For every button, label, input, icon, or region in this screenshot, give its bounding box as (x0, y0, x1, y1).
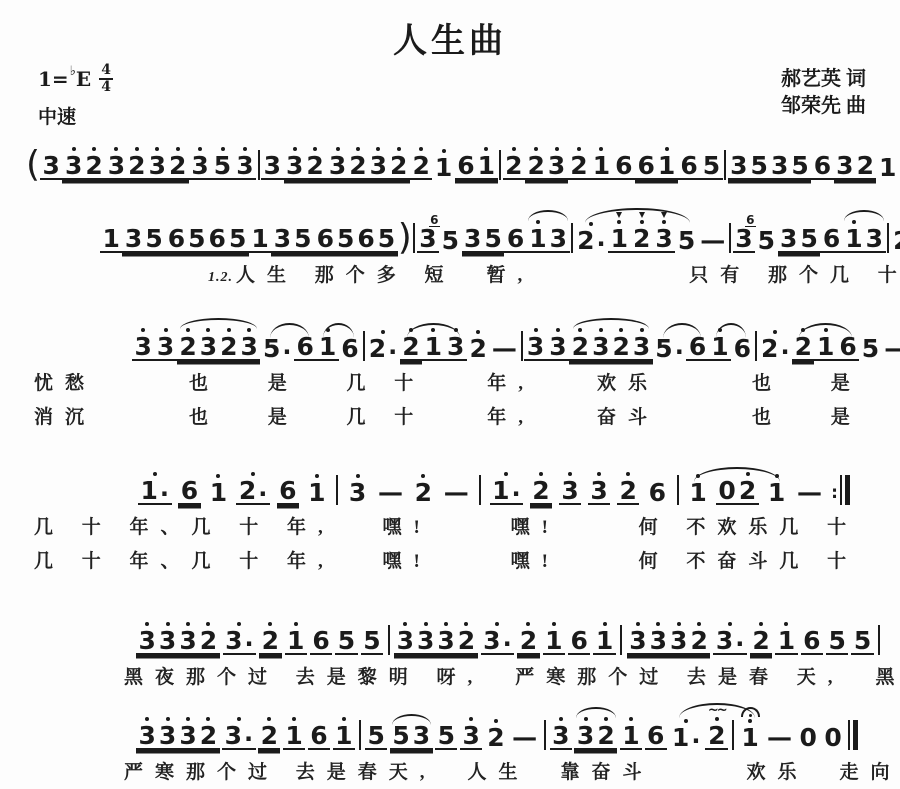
note: 1 (621, 716, 641, 748)
note-group: 5 (851, 628, 873, 655)
note: 1 (528, 219, 548, 251)
note: 1 (101, 226, 121, 251)
beam-group: 1 (249, 226, 271, 253)
note-digit: 0 (800, 725, 817, 750)
note: 3· (714, 621, 746, 653)
final-barline (847, 720, 860, 750)
beam-group: 2 (792, 327, 814, 361)
note-digit: 3 (370, 153, 387, 178)
note: 3 (560, 471, 580, 503)
note: 6 (636, 153, 656, 178)
note: 6 (569, 628, 589, 653)
note: ~~2 (706, 707, 727, 748)
beam-group: — (698, 228, 728, 253)
beam-group: 6 (308, 723, 330, 750)
note: 2· (237, 471, 269, 503)
note: 5 (749, 153, 769, 178)
note: 3 (137, 621, 157, 653)
note-group: — (698, 228, 728, 253)
note-group: — (794, 480, 824, 505)
note-group: 2 (259, 621, 281, 655)
note-digit: 3 (149, 153, 166, 178)
note-group: 3 (261, 153, 283, 180)
note-digit: 6 (279, 478, 296, 503)
note: 1 (208, 473, 228, 505)
note: 0 (798, 725, 818, 750)
beam-group: 1 (285, 621, 307, 655)
lyrics-row: 几 十 年、几 十 年, 嘿! 嘿! 何 不欢乐几 十 年。 (0, 512, 900, 539)
note-group: 5 (335, 628, 357, 655)
note-digit: — (444, 480, 469, 505)
composer-credit: 邹荣先 曲 (781, 93, 866, 120)
barline-stroke (724, 150, 726, 180)
barline (478, 475, 483, 505)
note-group: — (375, 480, 405, 505)
beam-group: 2323 (177, 327, 261, 361)
note-group: 2 (258, 716, 280, 750)
beam-group: 61 (635, 146, 678, 180)
beam-group: 02 (716, 471, 759, 505)
note-digit: 5 (337, 226, 354, 251)
note-digit: 2 (505, 153, 522, 178)
beam-group: 6 (310, 628, 332, 655)
note-group: 3332 (136, 621, 220, 655)
note: 6 (295, 334, 315, 359)
note: 2 (84, 146, 104, 178)
note: 3 (446, 327, 466, 359)
note-group: — (765, 725, 795, 750)
note: 2 (413, 473, 433, 505)
note-group: 3332 (627, 621, 711, 655)
note-group: 1· (669, 718, 703, 750)
note-digit: 1 (287, 628, 304, 653)
note-digit: 5· (263, 336, 292, 361)
note-group: 32 (574, 716, 617, 750)
beam-group: 1 (283, 716, 305, 750)
note: 2 (167, 146, 187, 178)
note: 5 (362, 628, 382, 653)
beam-group: 1 (333, 716, 355, 750)
barline-stroke (479, 475, 481, 505)
beam-group: 2 (412, 473, 434, 505)
note-group: 02 (716, 471, 759, 505)
beam-group: 2 (503, 146, 525, 180)
beam-group: 56 (755, 228, 777, 253)
grace-note: 6 (429, 214, 439, 227)
barline-stroke (677, 475, 679, 505)
beam-group: 2323 (569, 327, 653, 361)
barline-stroke (258, 150, 260, 180)
beam-group: 1· (490, 471, 524, 505)
note: 2 (737, 471, 757, 503)
note-digit: 2· (577, 228, 606, 253)
score-line: 1·612·613—2—1·233261021—:几 十 年、几 十 年, 嘿!… (0, 471, 900, 573)
note: 5 (799, 226, 819, 251)
lyrics-text: 消沉 也 是 几 十 年, 奋斗 也 是 几 十 年, (34, 407, 900, 428)
beam-group: 1 (620, 716, 642, 750)
note: 2 (468, 329, 488, 361)
note-group: 6 (308, 723, 330, 750)
notes-row: 3323235·6162·2132—3323235·6162·2165— (0, 327, 900, 361)
note-digit: 2 (402, 334, 419, 359)
note-digit: — (492, 336, 517, 361)
note: 2 (411, 146, 431, 178)
note-group: — (882, 336, 900, 361)
note: 3 (631, 327, 651, 359)
note: 1 (423, 327, 443, 359)
note-digit: 1 (845, 226, 862, 251)
note-group: 1 (738, 707, 762, 750)
note-digit: 3 (397, 628, 414, 653)
lyricist-credit: 郝艺英 词 (781, 66, 866, 93)
note: 2 (198, 621, 218, 653)
note: 3 (262, 153, 282, 178)
note-group: 6 (568, 628, 590, 655)
note-digit: 1 (711, 334, 728, 359)
note-digit: 6 (357, 226, 374, 251)
note-group: 5 (859, 336, 881, 361)
augmentation-dot-icon: · (511, 485, 520, 503)
note-digit: — (378, 480, 403, 505)
beam-group: — (489, 336, 519, 361)
lyrics-row: 忧愁 也 是 几 十 年, 欢乐 也 是 几 十 年, (0, 368, 900, 395)
note-group: 2 (617, 471, 639, 505)
note-digit: 3 (735, 226, 752, 251)
note: 2 (259, 716, 279, 748)
barline (877, 625, 882, 655)
beam-group: 1 (608, 212, 630, 253)
note: 1 (284, 716, 304, 748)
note-digit: 3· (483, 628, 512, 653)
note-digit: 3 (419, 226, 436, 251)
note: 1 (776, 621, 796, 653)
note: 1 (334, 716, 354, 748)
lyrics-row: 几 十 年、几 十 年, 嘿! 嘿! 何 不奋斗几 十 年。 (0, 546, 900, 573)
beam-group: 56 (439, 228, 461, 253)
barline (731, 720, 736, 750)
beam-group: 1 (687, 473, 709, 505)
beam-group: 2 (400, 327, 422, 361)
beam-group: 3 (40, 153, 62, 180)
note-digit: 6 (168, 226, 185, 251)
note-group: 32 (834, 153, 877, 180)
lyrics-row: 消沉 也 是 几 十 年, 奋斗 也 是 几 十 年, (0, 402, 900, 429)
beam-group: 1 (422, 327, 444, 361)
note-digit: 5 (758, 228, 775, 253)
note-group: 3 (559, 471, 581, 505)
note-group: 35 (271, 226, 314, 253)
note-digit: 5 (367, 723, 384, 748)
note: 6 (356, 226, 376, 251)
barline-stroke (620, 625, 622, 655)
note-digit: 2 (739, 478, 756, 503)
note-digit: 3 (417, 628, 434, 653)
note-digit: 6 (457, 153, 474, 178)
note-digit: 3 (771, 153, 788, 178)
note-digit: 1 (251, 226, 268, 251)
note: 1 (286, 621, 306, 653)
barline (335, 475, 340, 505)
note-digit: 3 (550, 226, 567, 251)
note: 5 (852, 628, 872, 653)
note: 3 (415, 621, 435, 653)
note-group: 2 (412, 473, 434, 505)
note-digit: — (884, 336, 900, 361)
note-group: 3 (417, 226, 439, 253)
note-digit: 3 (577, 723, 594, 748)
note: 1 (766, 473, 786, 505)
note: 5 (366, 723, 386, 748)
note: 2 (219, 327, 239, 359)
note-group: 5 (700, 153, 722, 180)
beam-group: 5 (335, 628, 357, 655)
barline (619, 625, 624, 655)
note-digit: 1 (817, 334, 834, 359)
note-group: 1· (490, 471, 524, 505)
augmentation-dot-icon: · (388, 343, 397, 361)
note-digit: — (767, 725, 792, 750)
note: 3 (147, 146, 167, 178)
note: 1 (656, 146, 676, 178)
note-group: 3 (132, 327, 154, 361)
note-group: 1 (608, 212, 630, 253)
beam-group: 6 (294, 334, 316, 361)
note: 5 (336, 628, 356, 653)
beam-group: 3· (223, 621, 257, 655)
note-group: 2 (503, 146, 525, 180)
note: 3 (368, 146, 388, 178)
note-group: 13 (843, 219, 886, 253)
note-digit: 2 (200, 723, 217, 748)
lyrics-text: 人生 那个多 短 暂, 只有 那个几 十 年, (236, 265, 900, 286)
note: 3 (178, 621, 198, 653)
note-group: 1 (432, 148, 454, 180)
note-group: 5· (260, 336, 294, 361)
note-digit: 6 (615, 153, 632, 178)
time-bottom: 4 (101, 81, 111, 93)
note-digit: 3· (716, 628, 745, 653)
note-digit: 2 (349, 153, 366, 178)
note: 3 (575, 716, 595, 748)
beam-group: 5 (675, 228, 697, 253)
note-group: 3332 (136, 716, 220, 750)
beam-group: 3 (547, 327, 569, 361)
note: 3 (272, 226, 292, 251)
notes-row: 1·612·613—2—1·233261021—: (0, 471, 900, 505)
note: 2 (348, 146, 368, 178)
note-digit: 5 (214, 153, 231, 178)
note: 3 (461, 716, 481, 748)
note-group: 6 (820, 226, 842, 253)
note-group: 32 (62, 146, 105, 180)
note: 5 (144, 226, 164, 251)
note: 6 (311, 628, 331, 653)
beam-group: 35 (778, 226, 821, 253)
note-group: 1 (422, 327, 444, 361)
note-digit: 2 (415, 480, 432, 505)
repeat-dots-icon: : (831, 481, 838, 505)
note-digit: 1 (658, 153, 675, 178)
beam-group: 1 (765, 473, 787, 505)
note-group: 6 (310, 628, 332, 655)
beam-group: 1· (876, 155, 900, 180)
note-group: 1 (590, 146, 612, 180)
note-group: 6 (339, 336, 361, 361)
note: 3 (779, 226, 799, 251)
note: 5 (212, 146, 232, 178)
note: 5 (483, 226, 503, 251)
note-digit: 1 (611, 226, 628, 251)
lyrics-text: 几 十 年、几 十 年, 嘿! 嘿! 何 不奋斗几 十 年。 (34, 551, 900, 572)
barline (542, 720, 547, 750)
note-group: 3535 (728, 153, 812, 180)
note-group: 5 (435, 723, 457, 750)
note: 2 (596, 716, 616, 748)
barline-stroke (336, 475, 338, 505)
note: 3 (178, 716, 198, 748)
note-group: 2 (467, 329, 489, 361)
beam-group: 3332 (136, 621, 220, 655)
note-digit: 2 (572, 334, 589, 359)
beam-group: 1 (814, 327, 836, 361)
open-paren: ( (26, 150, 40, 180)
note-digit: 5 (854, 628, 871, 653)
note-group: 35 (122, 226, 165, 253)
note: 3 (589, 471, 609, 503)
note-group: 2 (631, 212, 653, 253)
barline-stroke (499, 150, 501, 180)
header: 人生曲 1=♭E 4 4 中速 郝艺英 词 邹荣先 曲 (0, 0, 900, 118)
beam-group: 6 (686, 334, 708, 361)
note: 3 (235, 146, 255, 178)
note: 3 (551, 716, 571, 748)
note: 2 (751, 621, 771, 653)
note-digit: 6 (638, 153, 655, 178)
note: 5 (227, 226, 247, 251)
note: 6 (166, 226, 186, 251)
note: 3 (769, 153, 789, 178)
note-digit: 1 (741, 725, 758, 750)
note-digit: 3 (552, 723, 569, 748)
beam-group: 6 (731, 336, 753, 361)
note: 2 (518, 621, 538, 653)
note-digit: 1 (622, 723, 639, 748)
note-group: 2 (400, 327, 422, 361)
note-group: 61 (455, 146, 498, 180)
note-digit: 6 (803, 628, 820, 653)
note-digit: 2 (261, 723, 278, 748)
note-digit: 6 (310, 723, 327, 748)
augmentation-dot-icon: · (503, 635, 512, 653)
beam-group: 6 (820, 226, 842, 253)
note-group: 2 (568, 146, 590, 180)
note-group: 1 (100, 226, 122, 253)
note-digit: 3 (780, 226, 797, 251)
note-group: 3 (550, 716, 572, 750)
note-group: 6 (277, 478, 299, 505)
trill-icon: ~~ (708, 707, 726, 715)
beam-group: 5 (826, 628, 848, 655)
beam-group: 3 (132, 327, 154, 361)
beam-group: 3 (346, 473, 368, 505)
note: 5· (654, 336, 686, 361)
note-digit: 2 (262, 628, 279, 653)
note-group: 6 (613, 153, 635, 180)
note-group: 6 (294, 334, 316, 361)
note-digit: 3 (464, 226, 481, 251)
beam-group: 5· (653, 336, 687, 361)
note-digit: 2 (458, 628, 475, 653)
note: 3 (347, 473, 367, 505)
beam-group: 3332 (627, 621, 711, 655)
note: 1 (609, 212, 629, 251)
barline-stroke (729, 223, 731, 253)
note-group: 3 (524, 327, 546, 361)
flat-icon: ♭ (70, 64, 76, 79)
note-group: 3 (460, 716, 482, 750)
note-group: 3· (223, 621, 257, 655)
page-title: 人生曲 (0, 0, 900, 62)
note-digit: 3 (650, 628, 667, 653)
score-line: 33323·2165533323·216133323·21655黑夜那个过 去是… (0, 621, 900, 689)
beam-group: 1 (738, 707, 762, 750)
note-digit: 5 (862, 336, 879, 361)
note-group: 2 (485, 718, 507, 750)
beam-group: 2 (750, 621, 772, 655)
beam-group: 5 (700, 153, 722, 180)
beam-group: 6565 (165, 226, 249, 253)
note-group: 6 (645, 723, 667, 750)
beam-group: 13 (527, 219, 570, 253)
note: 5 (391, 723, 411, 748)
lyrics-text: 几 十 年、几 十 年, 嘿! 嘿! 何 不欢乐几 十 年。 (34, 517, 900, 538)
note-digit: 1 (103, 226, 120, 251)
note: 0 (717, 478, 737, 503)
note-group: 2323 (569, 327, 653, 361)
barline-stroke (845, 475, 850, 505)
note-group: 1 (543, 621, 565, 655)
note-group: 5 (365, 723, 387, 750)
augmentation-dot-icon: · (282, 343, 291, 361)
note-digit: 6 (312, 628, 329, 653)
beam-group: 3· (713, 621, 747, 655)
note-digit: 6 (181, 478, 198, 503)
note-group: 2· (575, 221, 609, 253)
note: 56 (440, 228, 460, 253)
note-group: 1 (285, 621, 307, 655)
note: 5 (187, 226, 207, 251)
barline-stroke (840, 475, 842, 505)
barline-stroke (571, 223, 573, 253)
beam-group: 3332 (136, 716, 220, 750)
note-group: 1 (687, 473, 709, 505)
note: 1 (433, 148, 453, 180)
note-digit: 2 (220, 334, 237, 359)
note: 3 (734, 226, 754, 251)
note: 3 (106, 146, 126, 178)
note: 3 (411, 723, 431, 748)
note-digit: 3 (670, 628, 687, 653)
note-group: 6 (646, 480, 668, 505)
note-digit: 1 (593, 153, 610, 178)
barline-stroke (878, 625, 880, 655)
score-line: 13565651356565)356356132·1235—356356132·… (0, 212, 900, 287)
barline-stroke (521, 331, 523, 361)
note-digit: 3 (264, 153, 281, 178)
beam-group: 2· (759, 329, 793, 361)
note: 6 (679, 153, 699, 178)
note-group: 1 (249, 226, 271, 253)
